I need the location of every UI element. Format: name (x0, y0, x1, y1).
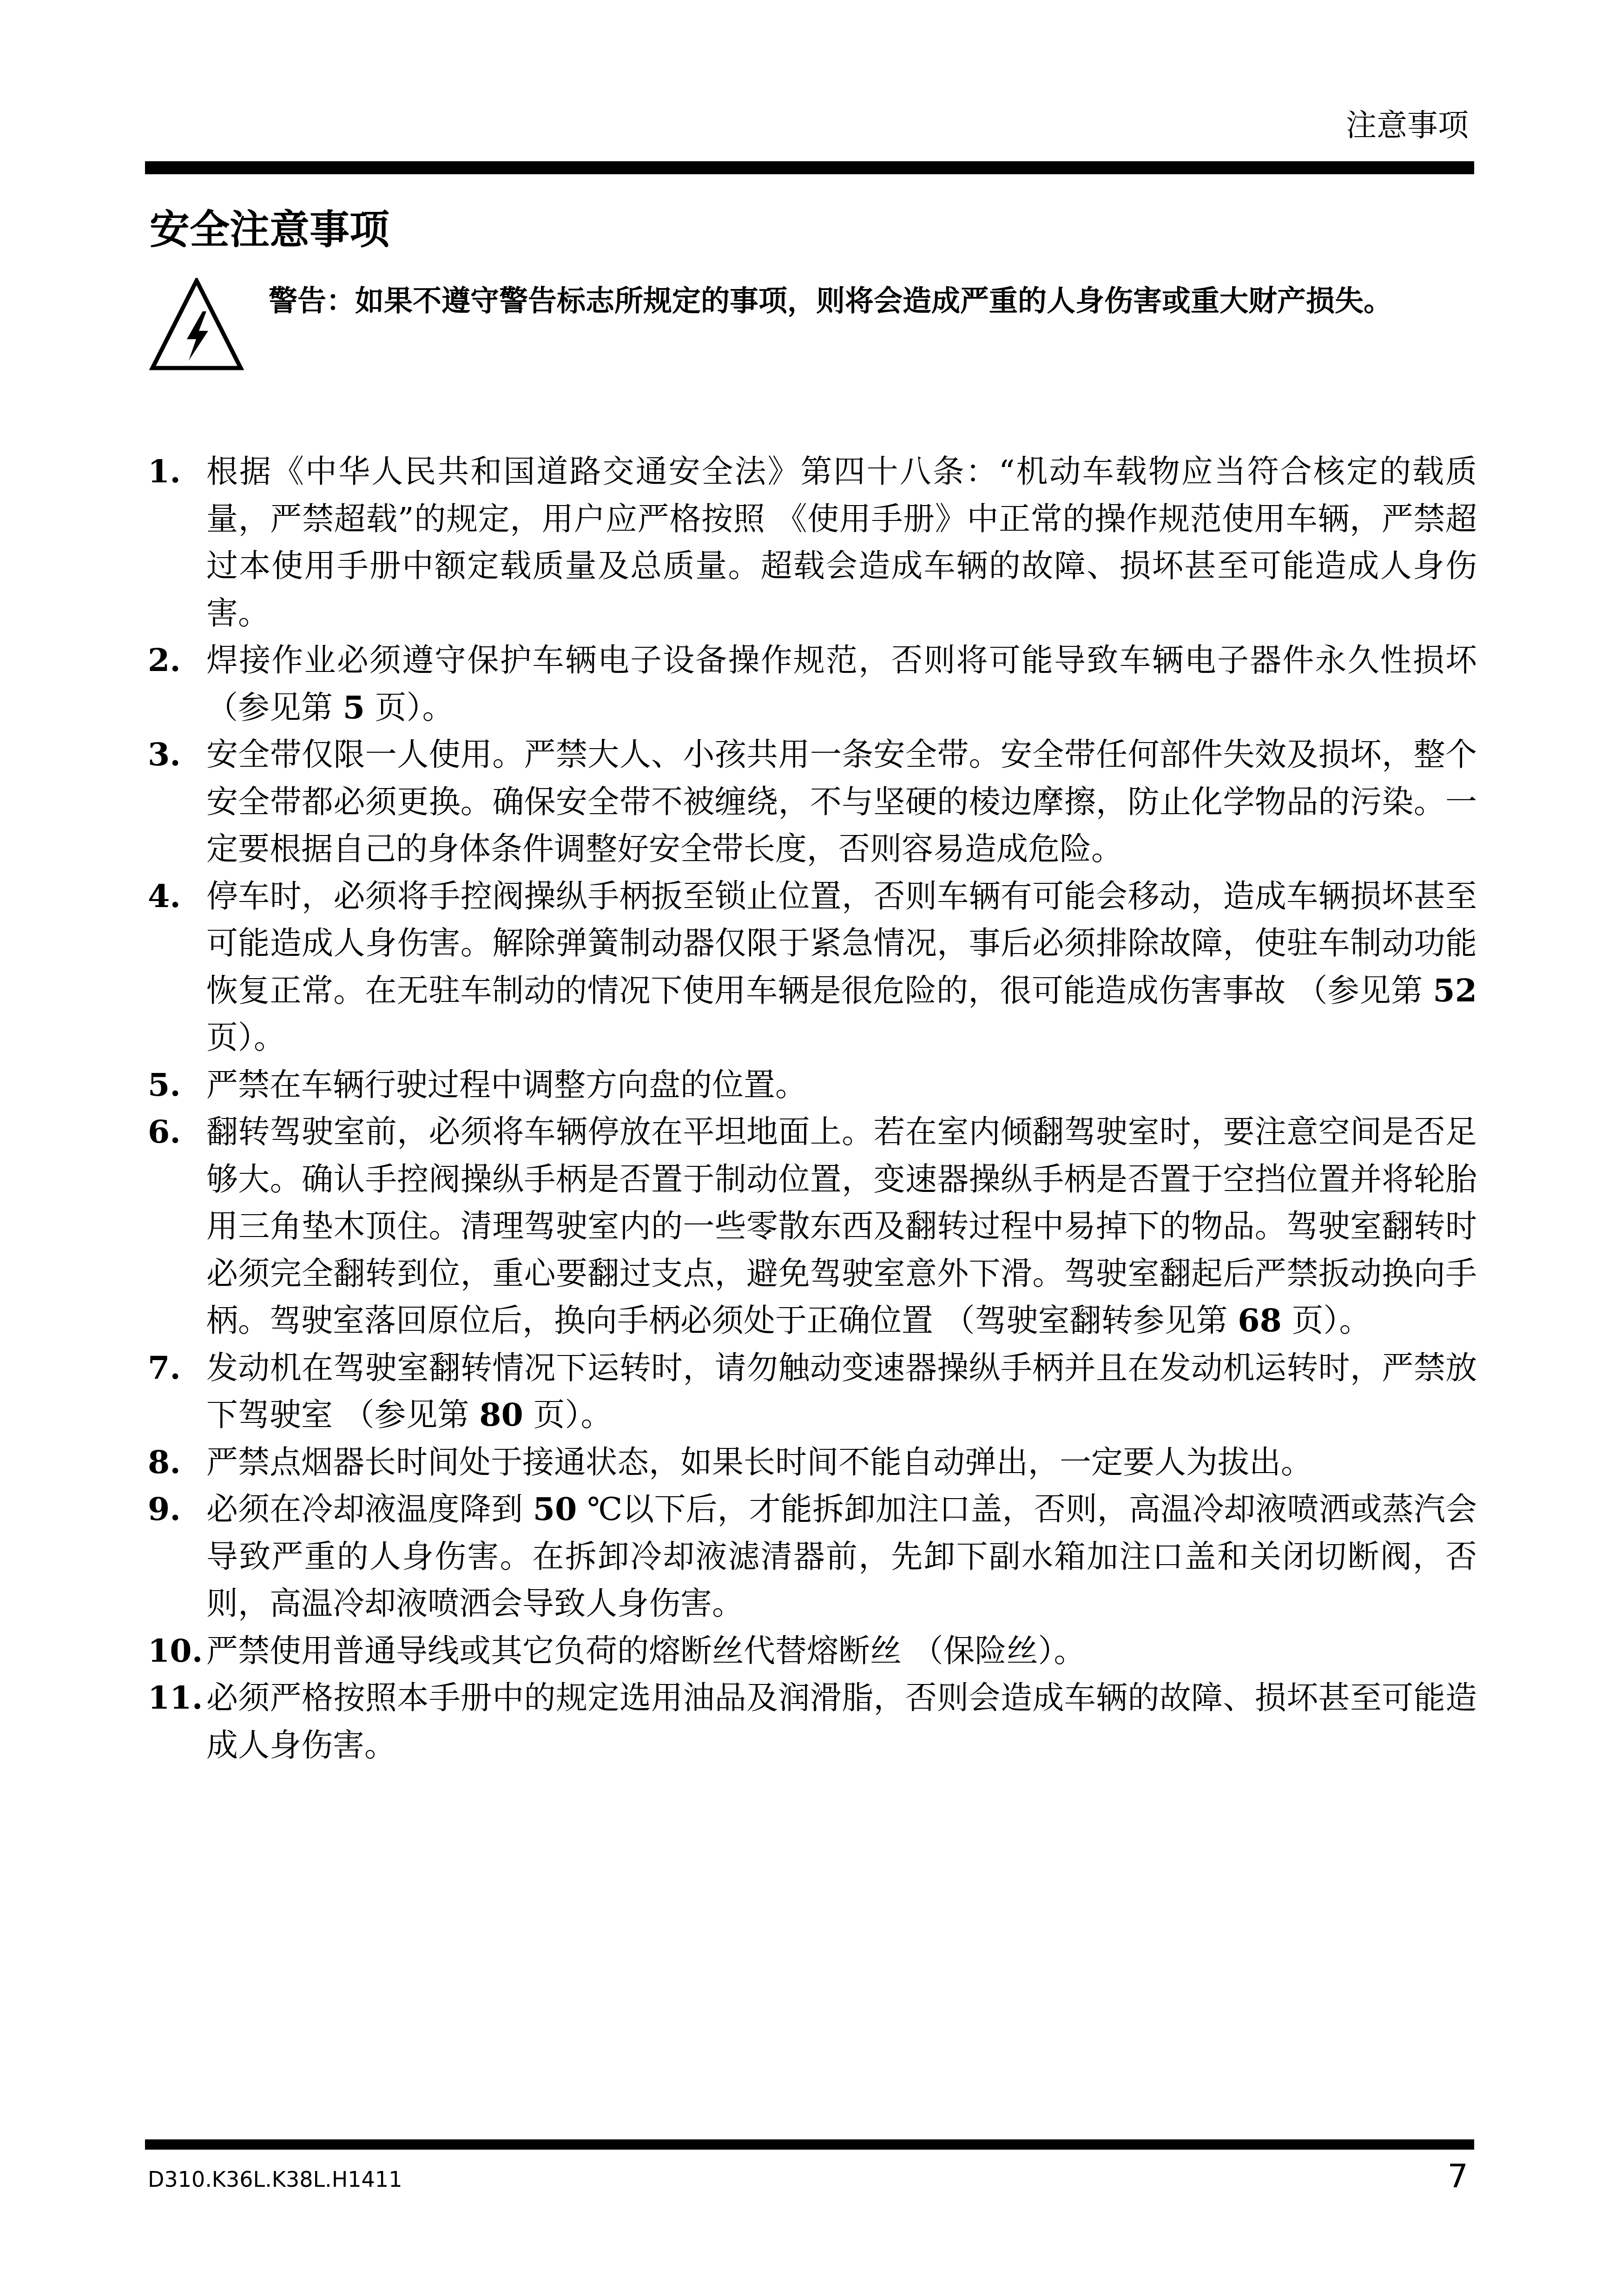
page-reference: 5 (343, 689, 365, 726)
safety-precautions-list: 1. 根据《中华人民共和国道路交通安全法》第四十八条：“机动车载物应当符合核定的… (148, 448, 1477, 1769)
list-item: 1. 根据《中华人民共和国道路交通安全法》第四十八条：“机动车载物应当符合核定的… (148, 448, 1477, 637)
item-number: 7. (148, 1345, 206, 1392)
item-text: 焊接作业必须遵守保护车辆电子设备操作规范，否则将可能导致车辆电子器件永久性损坏 … (206, 637, 1477, 731)
page-reference: 52 (1433, 972, 1477, 1009)
item-text: 必须严格按照本手册中的规定选用油品及润滑脂，否则会造成车辆的故障、损坏甚至可能造… (206, 1675, 1477, 1769)
item-text: 翻转驾驶室前，必须将车辆停放在平坦地面上。若在室内倾翻驾驶室时，要注意空间是否足… (206, 1109, 1477, 1345)
list-item: 11. 必须严格按照本手册中的规定选用油品及润滑脂，否则会造成车辆的故障、损坏甚… (148, 1675, 1477, 1769)
page-number: 7 (1447, 2155, 1468, 2197)
item-text: 安全带仅限一人使用。严禁大人、小孩共用一条安全带。安全带任何部件失效及损坏，整个… (206, 731, 1477, 873)
list-item: 4. 停车时，必须将手控阀操纵手柄扳至锁止位置，否则车辆有可能会移动，造成车辆损… (148, 873, 1477, 1062)
item-number: 9. (148, 1486, 206, 1533)
item-text: 发动机在驾驶室翻转情况下运转时，请勿触动变速器操纵手柄并且在发动机运转时，严禁放… (206, 1345, 1477, 1439)
page-reference: 80 (479, 1396, 523, 1434)
list-item: 7. 发动机在驾驶室翻转情况下运转时，请勿触动变速器操纵手柄并且在发动机运转时，… (148, 1345, 1477, 1439)
item-text: 严禁使用普通导线或其它负荷的熔断丝代替熔断丝 （保险丝）。 (206, 1628, 1477, 1675)
item-number: 5. (148, 1062, 206, 1109)
list-item: 3. 安全带仅限一人使用。严禁大人、小孩共用一条安全带。安全带任何部件失效及损坏… (148, 731, 1477, 873)
item-number: 10. (148, 1628, 206, 1675)
document-code: D310.K36L.K38L.H1411 (148, 2163, 402, 2196)
list-item: 2. 焊接作业必须遵守保护车辆电子设备操作规范，否则将可能导致车辆电子器件永久性… (148, 637, 1477, 731)
item-number: 11. (148, 1675, 206, 1722)
item-text: 停车时，必须将手控阀操纵手柄扳至锁止位置，否则车辆有可能会移动，造成车辆损坏甚至… (206, 873, 1477, 1062)
item-number: 2. (148, 637, 206, 684)
warning-text: 警告：如果不遵守警告标志所规定的事项，则将会造成严重的人身伤害或重大财产损失。 (269, 277, 1472, 325)
item-text: 严禁在车辆行驶过程中调整方向盘的位置。 (206, 1062, 1477, 1109)
list-item: 6. 翻转驾驶室前，必须将车辆停放在平坦地面上。若在室内倾翻驾驶室时，要注意空间… (148, 1109, 1477, 1345)
page-reference: 68 (1238, 1302, 1282, 1339)
footer-rule (145, 2139, 1474, 2150)
temperature-value: 50 (533, 1491, 577, 1528)
list-item: 10. 严禁使用普通导线或其它负荷的熔断丝代替熔断丝 （保险丝）。 (148, 1628, 1477, 1675)
item-number: 8. (148, 1439, 206, 1487)
item-text: 根据《中华人民共和国道路交通安全法》第四十八条：“机动车载物应当符合核定的载质量… (206, 448, 1477, 637)
list-item: 5. 严禁在车辆行驶过程中调整方向盘的位置。 (148, 1062, 1477, 1109)
item-number: 1. (148, 448, 206, 496)
item-text: 必须在冷却液温度降到 50 ℃以下后，才能拆卸加注口盖，否则，高温冷却液喷洒或蒸… (206, 1486, 1477, 1628)
list-item: 9. 必须在冷却液温度降到 50 ℃以下后，才能拆卸加注口盖，否则，高温冷却液喷… (148, 1486, 1477, 1628)
list-item: 8. 严禁点烟器长时间处于接通状态，如果长时间不能自动弹出，一定要人为拔出。 (148, 1439, 1477, 1487)
section-title: 安全注意事项 (150, 204, 389, 256)
header-rule (145, 161, 1474, 174)
running-header-title: 注意事项 (1346, 105, 1469, 146)
item-number: 6. (148, 1109, 206, 1156)
item-number: 4. (148, 873, 206, 921)
high-voltage-warning-icon (148, 278, 245, 371)
item-number: 3. (148, 731, 206, 779)
item-text: 严禁点烟器长时间处于接通状态，如果长时间不能自动弹出，一定要人为拔出。 (206, 1439, 1477, 1487)
